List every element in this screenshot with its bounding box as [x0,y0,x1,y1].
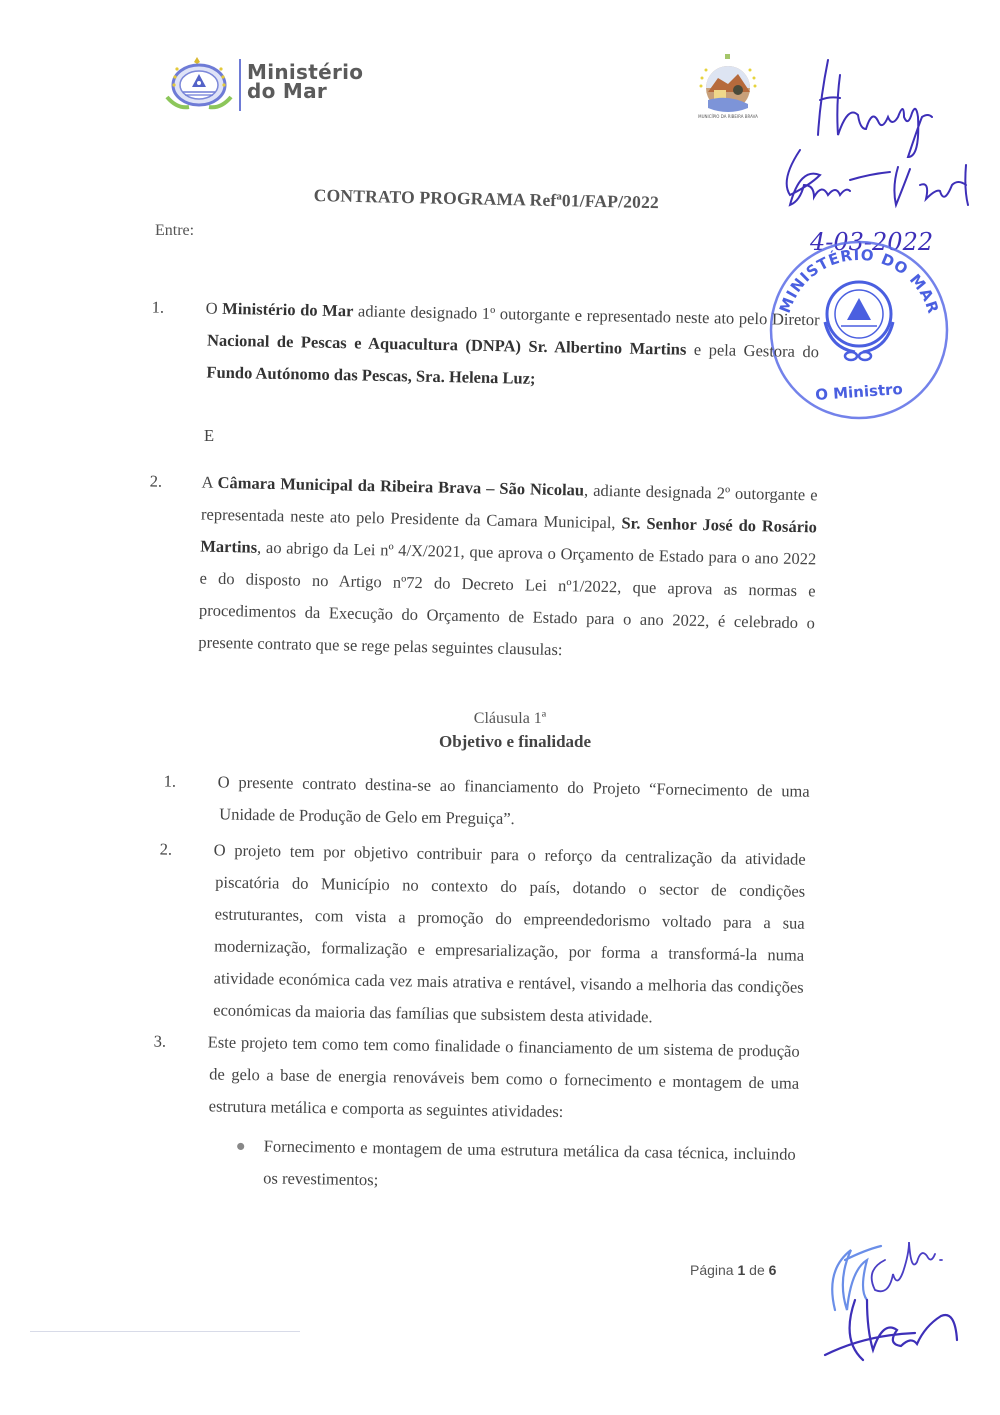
party-2-name: Câmara Municipal da Ribeira Brava – São … [217,473,584,500]
bullet-text: Fornecimento e montagem de uma estrutura… [263,1136,796,1189]
svg-text:MUNICÍPIO DA RIBEIRA BRAVA: MUNICÍPIO DA RIBEIRA BRAVA [698,114,758,119]
page-total: 6 [769,1262,777,1278]
text: A [201,473,217,492]
clause-item-2: 2.O projeto tem por objetivo contribuir … [185,834,806,1036]
party-1-representative: Nacional de Pescas e Aquacultura (DNPA) … [207,331,687,359]
intro-label: Entre: [155,222,194,240]
item-text: Este projeto tem como tem como finalidad… [208,1032,800,1121]
municipality-logo: MUNICÍPIO DA RIBEIRA BRAVA [692,52,764,122]
clause-item-1: 1.O presente contrato destina-se ao fina… [191,766,810,840]
conjunction: E [204,420,214,452]
clause-item-3: 3.Este projeto tem como tem como finalid… [180,1026,799,1132]
item-number: 2. [187,834,213,866]
document-title: CONTRATO PROGRAMA Refª01/FAP/2022 [314,185,660,213]
text: adiante designado 1º outorgante e repres… [353,301,820,329]
ribeira-brava-emblem-icon: MUNICÍPIO DA RIBEIRA BRAVA [692,52,764,122]
cape-verde-coat-of-arms-icon [163,55,235,111]
item-number: 1. [191,766,217,798]
clause-heading: Objetivo e finalidade [380,732,650,752]
page-current: 1 [737,1262,745,1278]
item-text: O presente contrato destina-se ao financ… [218,772,810,828]
ministry-name: Ministério do Mar [247,63,363,101]
party-1-paragraph: 1.O Ministério do Mar adiante designado … [178,292,820,400]
item-number: 3. [181,1026,207,1058]
page-of: de [749,1262,765,1278]
svg-text:O Ministro: O Ministro [815,380,904,404]
text: , ao abrigo da Lei nº 4/X/2021, que apro… [198,538,816,659]
party-1-number: 1. [179,292,206,324]
party-1-name: Ministério do Mar [222,299,354,321]
ministry-name-line2: do Mar [247,82,363,101]
clause-label: Cláusula 1ª [380,710,640,728]
party-2-number: 2. [175,466,202,499]
text: O [206,298,223,317]
item-text: O projeto tem por objetivo contribuir pa… [213,840,806,1026]
handwritten-signatures-bottom [815,1220,995,1370]
page-number: Página 1 de 6 [690,1262,776,1278]
logo-divider [239,59,241,111]
scan-artifact-line [30,1331,300,1332]
clause-bullet-1: ● Fornecimento e montagem de uma estrutu… [235,1130,796,1203]
ministry-logo: Ministério do Mar [163,55,383,115]
bullet-icon: ● [235,1130,245,1162]
handwritten-signatures-top: 4-03-2022 [770,55,1000,255]
party-2-paragraph: 2.A Câmara Municipal da Ribeira Brava – … [172,466,818,671]
party-1-second-representative: Fundo Autónomo das Pescas, Sra. Helena L… [206,363,535,388]
text: e pela Gestora do [686,340,819,362]
page-label: Página [690,1262,734,1278]
